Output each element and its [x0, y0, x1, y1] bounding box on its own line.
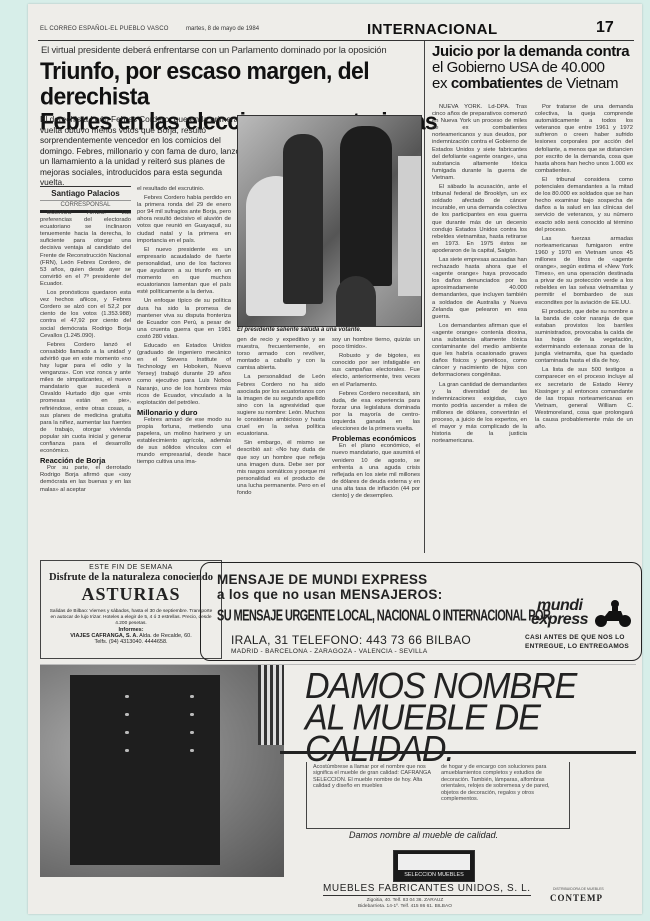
contemp-subtitle: DISTRIBUIDORA DE MUEBLES — [553, 887, 604, 891]
side-story-column-2: Por tratarse de una demanda colectiva, l… — [535, 104, 633, 433]
ad-asturias-title: ASTURIAS — [41, 584, 221, 605]
masthead-rule — [38, 40, 634, 41]
byline: Santiago Palacios CORRESPONSAL — [40, 186, 131, 213]
subhead-millonario-duro: Millonario y duro — [137, 409, 231, 416]
paragraph: Febres Cordero lanzó el consabido llamad… — [40, 342, 131, 456]
side-story-headline: Juicio por la demanda contra el Gobierno… — [432, 44, 637, 92]
drawer-knob — [190, 695, 194, 698]
subhead-reaccion-borja: Reacción de Borja — [40, 457, 131, 464]
contemp-logo: CONTEMP — [550, 893, 603, 903]
paragraph: El producto, que debe su nombre a la ban… — [535, 309, 633, 366]
paragraph: Un enfoque típico de su política dura ha… — [137, 298, 231, 341]
headline-line-1: Triunfo, por escaso margen, del derechis… — [40, 58, 440, 108]
title-line-2: AL MUEBLE DE CALIDAD. — [305, 702, 636, 765]
ad-asturias-phones: Telfs. (94) 4313040. 4444658. — [41, 639, 221, 645]
mundi-express-logo: mundi express — [531, 599, 631, 629]
main-story-lede: El derechista León Febres Cordero, que e… — [40, 114, 245, 188]
main-story-column-2: el resultado del escrutinio. Febres Cord… — [137, 186, 231, 469]
ad-asturias-subtitle: Disfrute de la naturaleza conociendo — [41, 572, 221, 583]
headline-fragment: combatientes — [451, 75, 543, 92]
ad-furniture-textbox: Acostúmbrese a llamar por el nombre que … — [306, 762, 570, 829]
photo-figure — [398, 156, 422, 296]
paragraph: Educado en Estados Unidos (graduado de i… — [137, 343, 231, 407]
main-story-kicker: El virtual presidente deberá enfrentarse… — [41, 45, 386, 56]
drawer-knob — [125, 713, 129, 716]
logo-label: SELECCION MUEBLES — [394, 872, 474, 878]
tagline-line: CASI ANTES DE QUE NOS LO — [525, 633, 629, 642]
photo-figure — [336, 276, 376, 326]
ad-furniture: DAMOS NOMBRE AL MUEBLE DE CALIDAD. Acost… — [40, 664, 636, 905]
ad-furniture-text-right: de hogar y de encargo con soluciones par… — [441, 764, 559, 802]
headline-fragment: ex — [432, 75, 451, 92]
section-title: INTERNACIONAL — [367, 21, 498, 38]
page-number: 17 — [596, 19, 614, 37]
paragraph: NUEVA YORK. Ld-DPA. Tras cinco años de p… — [432, 104, 527, 182]
paragraph: soy un hombre tierno, quizás un poco tím… — [332, 337, 420, 351]
paragraph: Por su parte, el derrotado Rodrigo Borja… — [40, 465, 131, 493]
side-headline-line-3: ex combatientes de Vietnam — [432, 76, 637, 92]
paragraph: el resultado del escrutinio. — [137, 186, 231, 193]
drawer-knob — [125, 695, 129, 698]
subhead-problemas-economicos: Problemas económicos — [332, 435, 420, 442]
seleccion-muebles-logo: SELECCION MUEBLES — [393, 850, 475, 882]
title-rule — [280, 751, 636, 754]
ad-mundi-cities: MADRID - BARCELONA - ZARAGOZA - VALENCIA… — [231, 648, 428, 655]
logo-inner — [398, 854, 470, 870]
paragraph: Los pronósticos quedaron esta vez hechos… — [40, 290, 131, 340]
paragraph: Las fuerzas armadas norteamericanas fumi… — [535, 236, 633, 307]
ad-mundi-address: IRALA, 31 TELEFONO: 443 73 66 BILBAO — [231, 633, 471, 647]
paragraph: Sin embargo, él mismo se describió así: … — [237, 440, 325, 497]
ad-mundi-express: MENSAJE DE MUNDI EXPRESS a los que no us… — [200, 562, 642, 661]
issue-date: martes, 8 de mayo de 1984 — [186, 26, 259, 32]
headline-fragment: de Vietnam — [543, 75, 618, 92]
ad-furniture-text-left: Acostúmbrese a llamar por el nombre que … — [313, 764, 431, 790]
paragraph: Por tratarse de una demanda colectiva, l… — [535, 104, 633, 175]
newspaper-name: EL CORREO ESPAÑOL-EL PUEBLO VASCO — [40, 26, 169, 32]
main-story-column-4: soy un hombre tierno, quizás un poco tím… — [332, 337, 420, 502]
cabinet-shape — [70, 675, 220, 865]
photo-figure — [340, 126, 392, 286]
paragraph: gen de recio y expeditivo y se muestra, … — [237, 337, 325, 372]
byline-name: Santiago Palacios — [40, 189, 131, 198]
paragraph: Los demandantes afirman que el «agente o… — [432, 323, 527, 380]
tagline-line: ENTREGUE, LO ENTREGAMOS — [525, 642, 629, 651]
drawer-knob — [190, 749, 194, 752]
ad-asturias: ESTE FIN DE SEMANA Disfrute de la natura… — [40, 560, 222, 659]
paragraph: En el plano económico, el nuevo mandatar… — [332, 443, 420, 500]
paragraph: Febres Cordero necesitará, sin duda, de … — [332, 391, 420, 434]
side-headline-line-2: el Gobierno USA de 40.000 — [432, 60, 637, 76]
paragraph: Febres amasó de ese modo su propia fortu… — [137, 417, 231, 467]
main-story-column-3: gen de recio y expeditivo y se muestra, … — [237, 337, 325, 499]
photo-caption: El presidente saliente saluda a una vota… — [237, 327, 361, 333]
side-story-column-1: NUEVA YORK. Ld-DPA. Tras cinco años de p… — [432, 104, 527, 447]
ad-asturias-body: Salidas de Bilbao: Viernes y sábados, ha… — [47, 609, 215, 627]
curtain-stripes — [258, 665, 284, 745]
side-headline-line-1: Juicio por la demanda contra — [432, 44, 637, 60]
paragraph: La gran cantidad de demandantes y la div… — [432, 382, 527, 446]
paragraph: La lista de sus 500 testigos a comparece… — [535, 367, 633, 431]
ad-mundi-line-1: MENSAJE DE MUNDI EXPRESS — [217, 572, 641, 587]
drawer-knob — [125, 749, 129, 752]
paragraph: Febres Cordero había perdido en la prime… — [137, 195, 231, 245]
photo-figure — [283, 134, 323, 304]
drawer-knob — [190, 713, 194, 716]
main-story-column-1: BUENOS AIRES. Las preferencias del elect… — [40, 210, 131, 496]
paragraph: El sábado la acusación, ante el tribunal… — [432, 184, 527, 255]
company-address: Zigoitia, 40. Telf. 83 04 36. ZARAUZ Bid… — [358, 898, 452, 910]
paragraph: BUENOS AIRES. Las preferencias del elect… — [40, 210, 131, 288]
address-line: Bidebarrieta. 14-1º. Telf. 415 86 61. BI… — [358, 904, 452, 910]
paragraph: Robusto y de bigotes, es conocido por se… — [332, 353, 420, 388]
paragraph: El nuevo presidente es un empresario aca… — [137, 247, 231, 297]
motorcycle-icon — [593, 599, 633, 629]
furniture-photo — [40, 665, 284, 877]
paragraph: La personalidad de León Febres Cordero n… — [237, 374, 325, 438]
news-photo — [237, 115, 422, 327]
drawer-knob — [190, 731, 194, 734]
ad-furniture-slogan: Damos nombre al mueble de calidad. — [346, 830, 501, 840]
byline-role: CORRESPONSAL — [40, 200, 131, 208]
drawer-knob — [125, 731, 129, 734]
ad-mundi-tagline: CASI ANTES DE QUE NOS LO ENTREGUE, LO EN… — [525, 633, 629, 651]
ad-asturias-top: ESTE FIN DE SEMANA — [41, 564, 221, 571]
ad-mundi-line-3: SU MENSAJE URGENTE LOCAL, NACIONAL O INT… — [217, 608, 550, 625]
paragraph: El tribunal considera como potenciales d… — [535, 177, 633, 234]
newspaper-page: EL CORREO ESPAÑOL-EL PUEBLO VASCO martes… — [28, 4, 642, 914]
paragraph: Las siete empresas acusadas han rechazad… — [432, 257, 527, 321]
logo-text: express — [531, 611, 588, 629]
company-name: MUEBLES FABRICANTES UNIDOS, S. L. — [323, 883, 531, 896]
